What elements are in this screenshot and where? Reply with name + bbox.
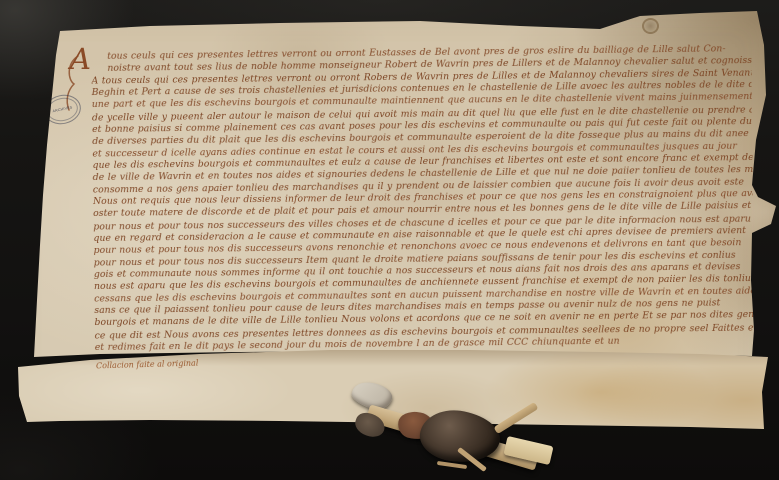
pendant-seal bbox=[0, 0, 779, 480]
photo-of-charter: ARCHIVES A tous ceuls qui ces presentes … bbox=[0, 0, 779, 480]
seal-strap bbox=[494, 402, 539, 434]
seal-lace-2 bbox=[437, 461, 467, 469]
wax-seal-remnant bbox=[417, 406, 503, 468]
